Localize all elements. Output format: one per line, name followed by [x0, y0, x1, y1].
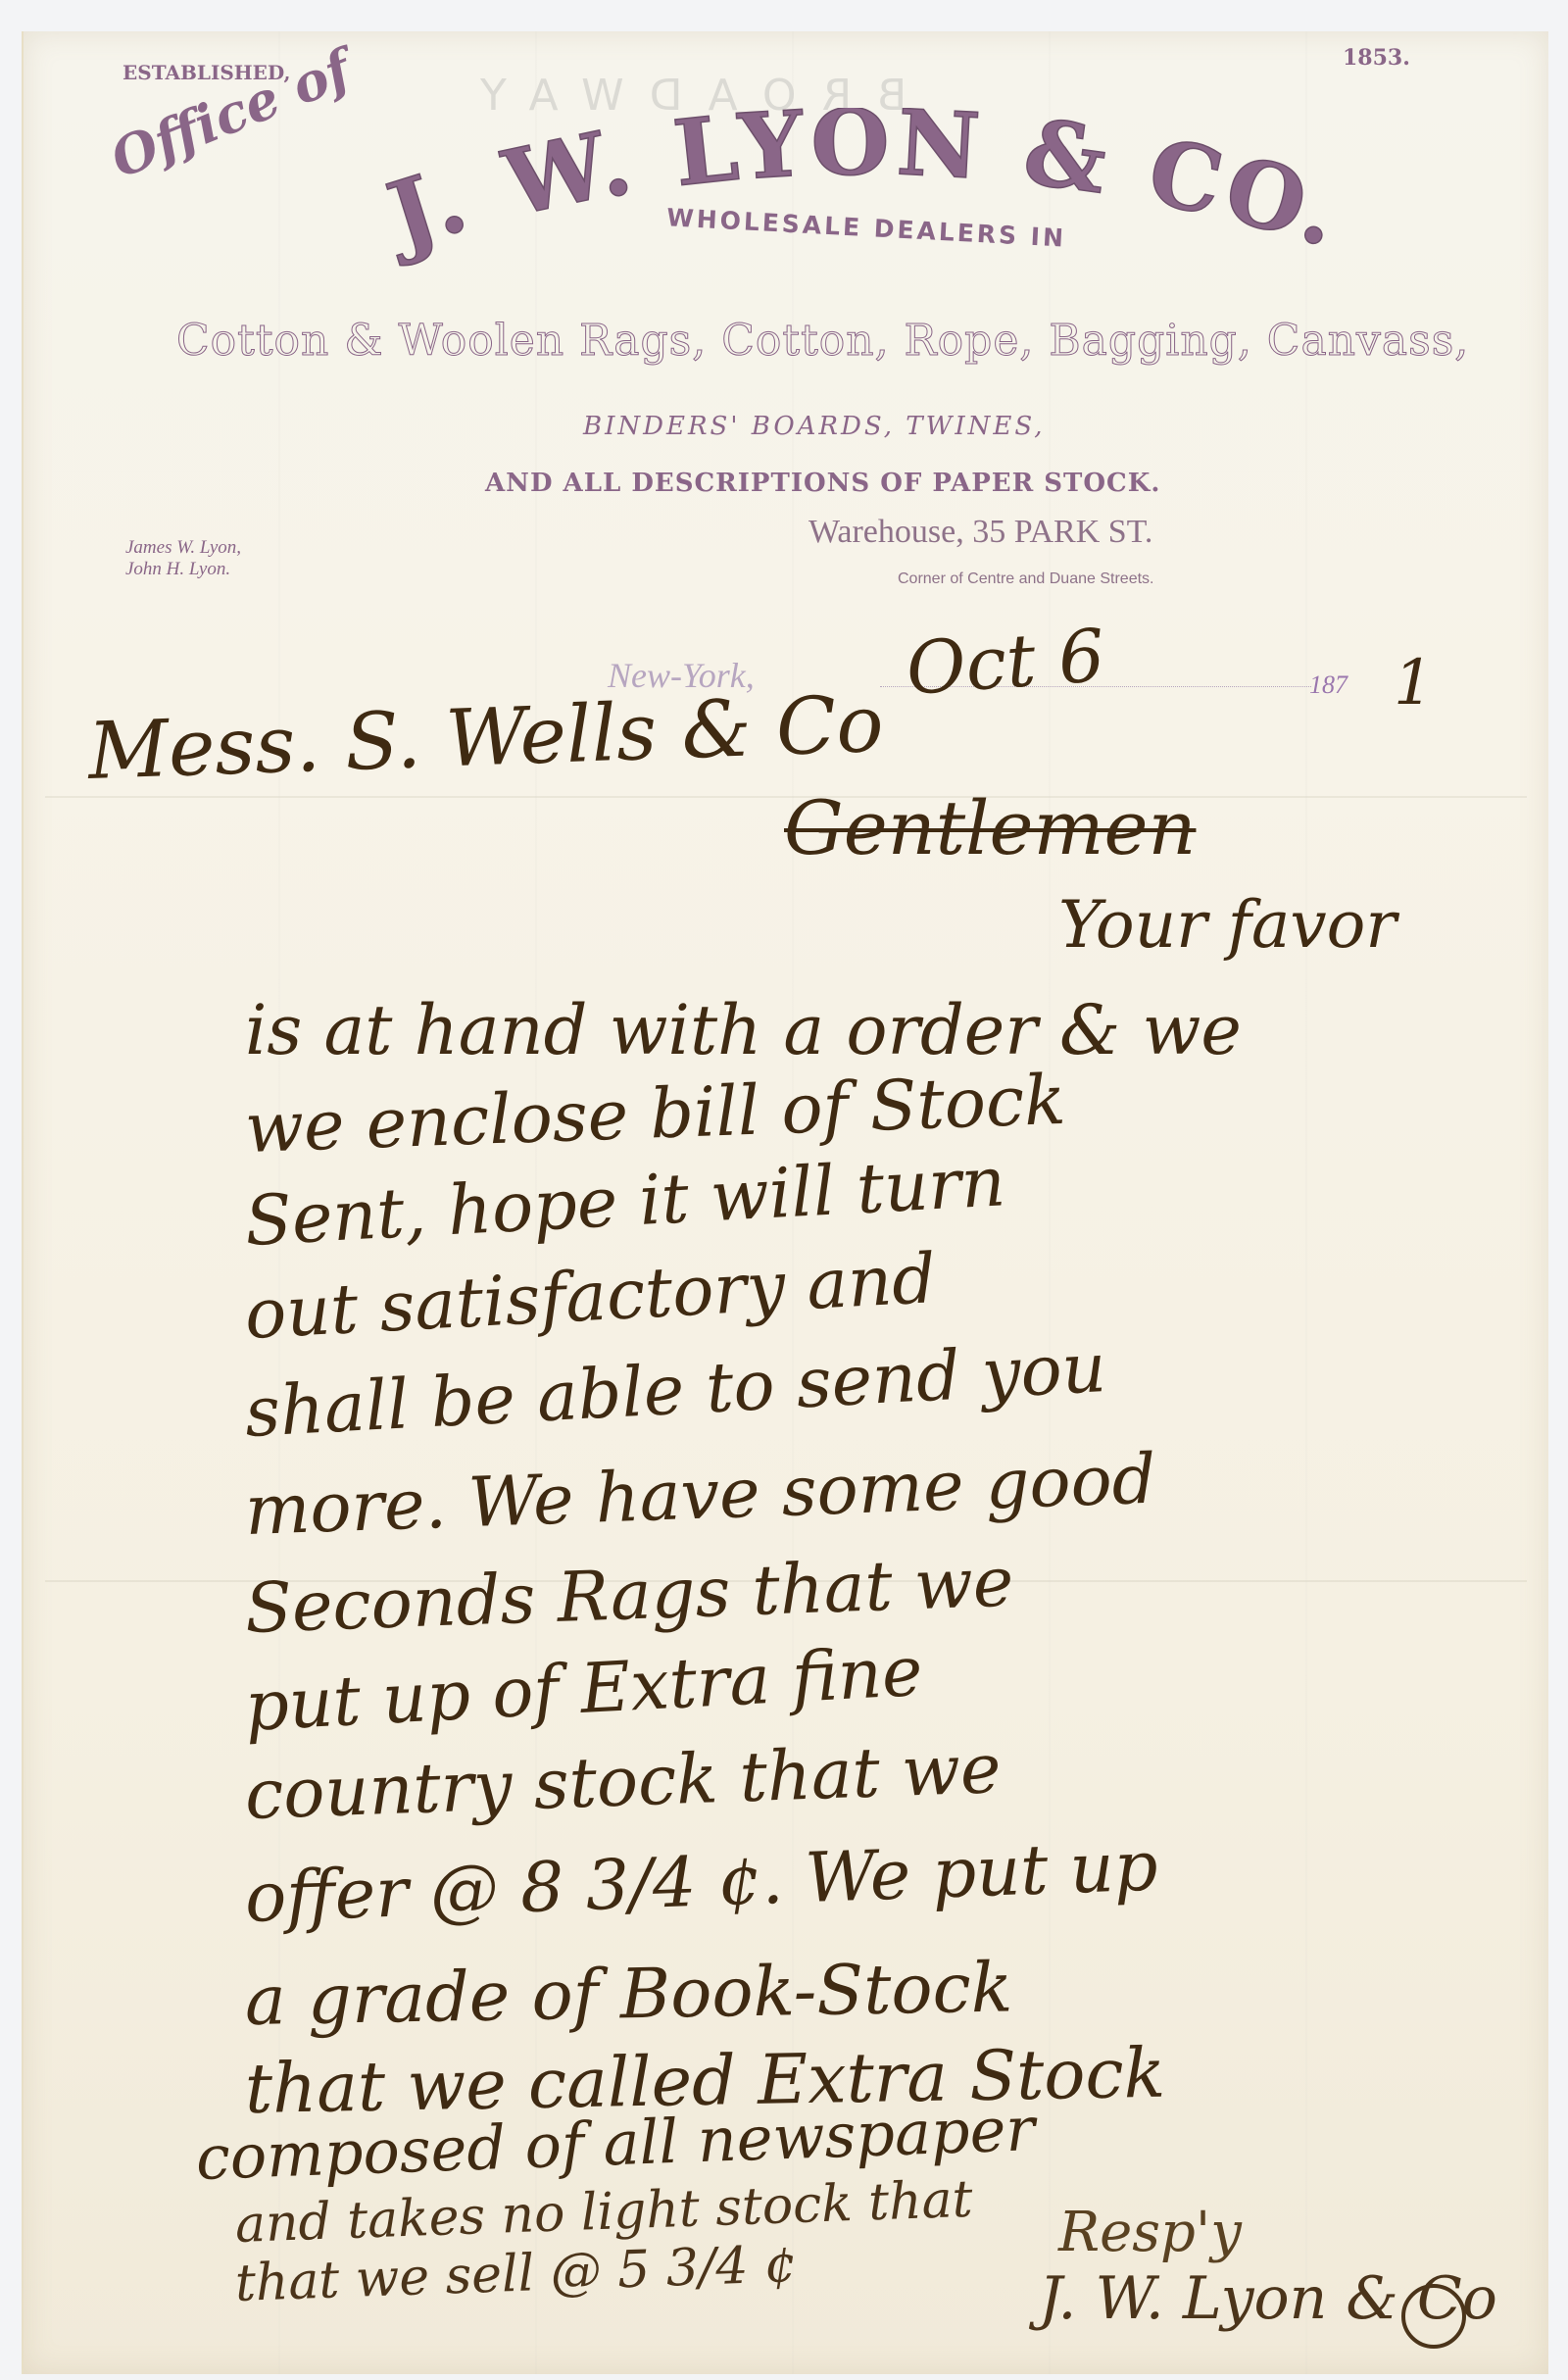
handwritten-date: Oct 6 [904, 614, 1107, 712]
partners-list: James W. Lyon, John H. Lyon. [125, 537, 241, 580]
signoff: Resp'y [1058, 2201, 1242, 2264]
established-year: 1853. [1343, 45, 1410, 71]
goods-list: Cotton & Woolen Rags, Cotton, Rope, Bagg… [176, 316, 1469, 366]
svg-text:J. W. LYON & CO.: J. W. LYON & CO. [370, 108, 1357, 271]
salutation: Gentlemen [784, 784, 1196, 871]
partner-name: James W. Lyon, [125, 537, 241, 559]
company-name-arc: J. W. LYON & CO. [363, 108, 1401, 284]
company-name: J. W. LYON & CO. [363, 108, 1401, 284]
binders-line: BINDERS' BOARDS, TWINES, [583, 412, 1045, 441]
printed-year: 187 [1309, 670, 1347, 700]
body-line: Your favor [1058, 887, 1396, 963]
body-line: a grade of Book-Stock [244, 1947, 1013, 2041]
corner-address: Corner of Centre and Duane Streets. [898, 570, 1153, 588]
warehouse-address: Warehouse, 35 PARK ST. [808, 514, 1152, 551]
handwritten-year-digit: 1 [1394, 647, 1434, 719]
paper-stock-line: AND ALL DESCRIPTIONS OF PAPER STOCK. [485, 469, 1160, 498]
partner-name: John H. Lyon. [125, 559, 241, 580]
body-line: is at hand with a order & we [245, 990, 1242, 1070]
signature-flourish [1401, 2284, 1466, 2349]
